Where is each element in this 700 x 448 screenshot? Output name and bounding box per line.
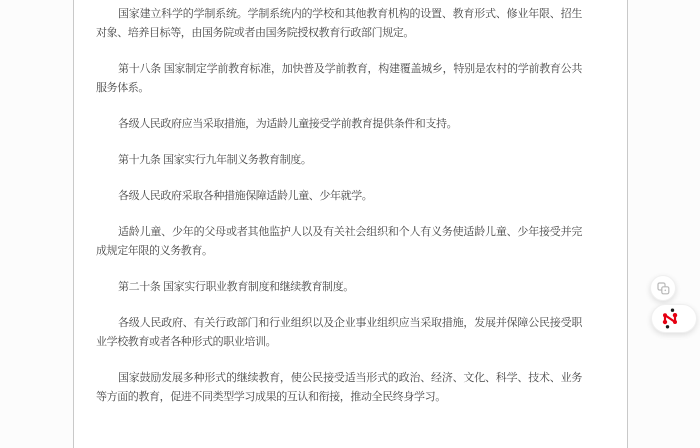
paragraph: 适龄儿童、少年的父母或者其他监护人以及有关社会组织和个人有义务使适龄儿童、少年接… — [96, 223, 582, 261]
paragraph: 各级人民政府采取各种措施保障适龄儿童、少年就学。 — [96, 187, 582, 206]
document-page: 国家建立科学的学制系统。学制系统内的学校和其他教育机构的设置、教育形式、修业年限… — [73, 0, 628, 448]
page-content: 国家建立科学的学制系统。学制系统内的学校和其他教育机构的设置、教育形式、修业年限… — [74, 0, 627, 407]
paragraph: 国家建立科学的学制系统。学制系统内的学校和其他教育机构的设置、教育形式、修业年限… — [96, 5, 582, 43]
paragraph: 国家鼓励发展多种形式的继续教育，使公民接受适当形式的政治、经济、文化、科学、技术… — [96, 369, 582, 407]
paragraph: 各级人民政府、有关行政部门和行业组织以及企业事业组织应当采取措施，发展并保障公民… — [96, 314, 582, 352]
paragraph-article-20: 第二十条 国家实行职业教育制度和继续教育制度。 — [96, 278, 582, 297]
assistant-button[interactable] — [650, 275, 676, 301]
document-viewer: 国家建立科学的学制系统。学制系统内的学校和其他教育机构的设置、教育形式、修业年限… — [0, 0, 700, 448]
red-node-graph-icon — [661, 308, 679, 329]
ai-network-button[interactable] — [651, 304, 697, 333]
paragraph-article-19: 第十九条 国家实行九年制义务教育制度。 — [96, 151, 582, 170]
overlap-squares-icon — [657, 282, 670, 295]
paragraph: 各级人民政府应当采取措施，为适龄儿童接受学前教育提供条件和支持。 — [96, 115, 582, 134]
paragraph-article-18: 第十八条 国家制定学前教育标准，加快普及学前教育，构建覆盖城乡，特别是农村的学前… — [96, 60, 582, 98]
